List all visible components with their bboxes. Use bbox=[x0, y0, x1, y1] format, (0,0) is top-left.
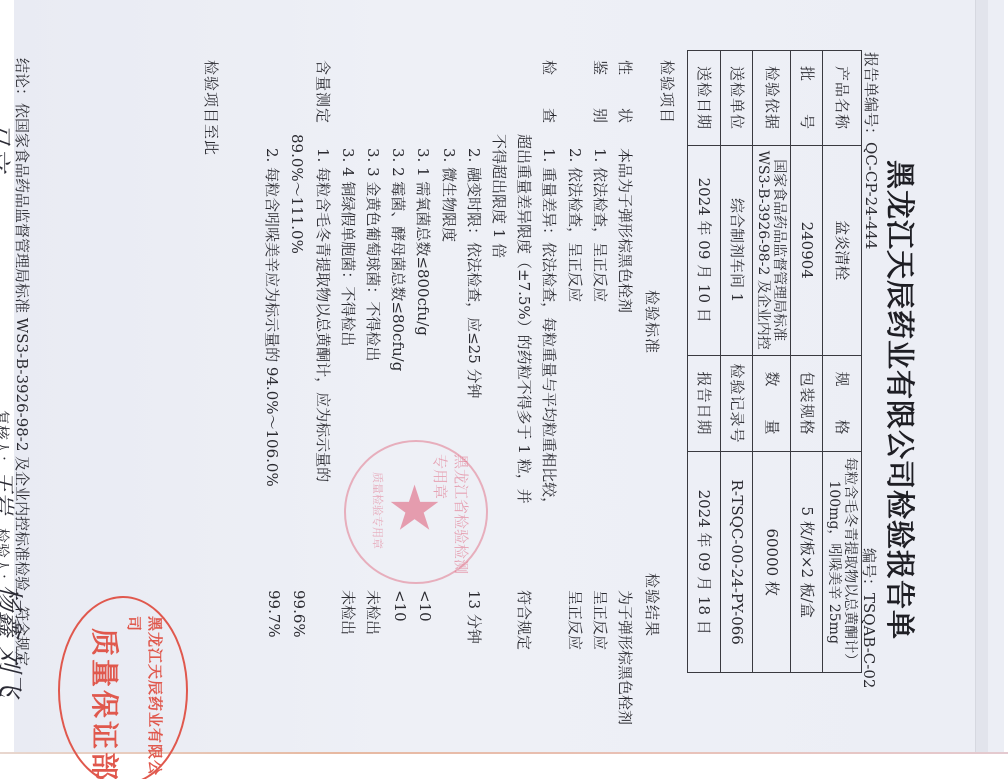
item-standard: 89.0%～111.0% bbox=[287, 134, 308, 254]
header-inspection-result: 检验结果 bbox=[642, 573, 663, 637]
item-result: 为子弹形棕黑色栓剂 bbox=[615, 590, 636, 725]
inspection-seal-ring-text: 黑龙江省检验检测专用章 bbox=[430, 454, 472, 582]
label-quantity: 数 量 bbox=[753, 355, 791, 452]
label-report-date: 报告日期 bbox=[688, 355, 721, 452]
label-record-number: 检验记录号 bbox=[721, 355, 753, 452]
qa-seal-company: 黑龙江天辰药业有限公司 bbox=[124, 616, 166, 779]
conclusion-label: 结论： bbox=[13, 58, 31, 103]
item-result: 99.6% bbox=[290, 590, 308, 638]
item-standard: 1. 每粒含毛冬青提取物以总黄酮计，应为标示量的 bbox=[313, 148, 334, 482]
qa-seal-department: 质量保证部 bbox=[86, 628, 126, 779]
report-number: 报告单编号：QC-CP-24-444 bbox=[861, 52, 882, 249]
item-result: <10 bbox=[391, 590, 409, 622]
value-quantity: 60000 枚 bbox=[753, 452, 791, 673]
header-inspection-standard: 检验标准 bbox=[642, 290, 663, 354]
label-batch-number: 批 号 bbox=[791, 51, 823, 146]
item-standard: 1. 重量差异：依法检查，每粒重量与平均粒重相比较， bbox=[539, 148, 560, 512]
inspection-seal-inner-text: 质量检验专用章 bbox=[370, 472, 386, 549]
form-number: 编号：TSQAB-C-02 bbox=[859, 548, 880, 688]
value-inspection-basis: 国家食品药品监督管理局标准 WS3-B-3926-98-2 及企业内控 bbox=[753, 145, 791, 355]
approver-signature: 马立 bbox=[0, 120, 18, 172]
value-package-spec: 5 枚/板×2 板/盒 bbox=[791, 452, 823, 673]
reviewer-label: 复核人： bbox=[0, 410, 13, 470]
item-standard: 2. 每粒含吲哚美辛应为标示量的 94.0%～106.0% bbox=[262, 148, 283, 487]
item-category: 检 查 bbox=[539, 60, 560, 124]
item-result: 未检出 bbox=[338, 590, 359, 635]
item-standard: 3. 微生物限度 bbox=[439, 148, 460, 242]
item-result: 99.7% bbox=[265, 590, 283, 638]
item-standard: 3. 2 霉菌、酵母菌总数≤80cfu/g bbox=[388, 148, 409, 371]
item-result: 13 分钟 bbox=[464, 590, 485, 644]
label-inspection-basis: 检验依据 bbox=[753, 51, 791, 146]
item-result: 符合规定 bbox=[514, 590, 535, 650]
item-standard: 3. 3 金黄色葡萄球菌：不得检出 bbox=[363, 148, 384, 361]
end-of-items-note: 检验项目至此 bbox=[201, 60, 222, 156]
item-standard: 超出重量差异限度（±7.5%）的药粒不得多于 1 粒，并 bbox=[514, 134, 535, 504]
form-number-value: TSQAB-C-02 bbox=[860, 593, 878, 688]
item-standard: 3. 4 铜绿假单胞菌：不得检出 bbox=[338, 148, 359, 346]
item-standard: 2. 融变时限：依法检查，应≤25 分钟 bbox=[464, 148, 485, 399]
item-standard: 2. 依法检查，呈正反应 bbox=[565, 148, 586, 302]
value-batch-number: 240904 bbox=[791, 145, 823, 355]
label-package-spec: 包装规格 bbox=[791, 355, 823, 452]
header-inspection-item: 检验项目 bbox=[657, 60, 678, 124]
item-category: 鉴 别 bbox=[590, 60, 611, 124]
value-submitting-unit: 综合制剂车间 1 bbox=[721, 145, 753, 355]
item-standard: 不得超出限度 1 倍 bbox=[489, 134, 510, 258]
report-number-label: 报告单编号： bbox=[862, 52, 880, 142]
table-row: 送检日期 2024 年 09 月 10 日 报告日期 2024 年 09 月 1… bbox=[688, 51, 721, 673]
value-submission-date: 2024 年 09 月 10 日 bbox=[688, 145, 721, 355]
report-number-value: QC-CP-24-444 bbox=[862, 142, 880, 249]
value-record-number: R-TSQC-00-24-PY-066 bbox=[721, 452, 753, 673]
label-submitting-unit: 送检单位 bbox=[721, 51, 753, 146]
table-row: 检验依据 国家食品药品监督管理局标准 WS3-B-3926-98-2 及企业内控… bbox=[753, 51, 791, 673]
label-product-name: 产品名称 bbox=[823, 51, 862, 146]
item-result: 呈正反应 bbox=[565, 590, 586, 650]
inspector-signature: 杨鑫 刘飞 bbox=[0, 585, 30, 697]
reviewer-signature: 王岩 bbox=[0, 470, 20, 514]
label-specification: 规 格 bbox=[823, 355, 862, 452]
scanned-document: 黑龙江天辰药业有限公司检验报告单 报告单编号：QC-CP-24-444 编号：T… bbox=[0, 0, 1008, 779]
item-category: 含量测定 bbox=[313, 60, 334, 124]
item-standard: 1. 依法检查，呈正反应 bbox=[590, 148, 611, 302]
item-standard: 本品为子弹形棕黑色栓剂 bbox=[615, 148, 636, 313]
table-row: 批 号 240904 包装规格 5 枚/板×2 板/盒 bbox=[791, 51, 823, 673]
qa-department-seal: 黑龙江天辰药业有限公司 质量保证部 bbox=[58, 596, 188, 779]
report-title: 黑龙江天辰药业有限公司检验报告单 bbox=[881, 160, 922, 640]
value-product-name: 盆炎清栓 bbox=[823, 145, 862, 355]
item-category: 性 状 bbox=[615, 60, 636, 124]
inspection-report-page: 黑龙江天辰药业有限公司检验报告单 报告单编号：QC-CP-24-444 编号：T… bbox=[0, 0, 1008, 760]
table-row: 送检单位 综合制剂车间 1 检验记录号 R-TSQC-00-24-PY-066 bbox=[721, 51, 753, 673]
inspection-seal: ★ 黑龙江省检验检测专用章 质量检验专用章 bbox=[344, 440, 488, 584]
inspector-label: 检验人： bbox=[0, 528, 13, 588]
table-row: 产品名称 盆炎清栓 规 格 每粒含毛冬青提取物以总黄酮计）100mg，吲哚美辛 … bbox=[823, 51, 862, 673]
value-specification: 每粒含毛冬青提取物以总黄酮计）100mg，吲哚美辛 25mg bbox=[823, 452, 862, 673]
value-report-date: 2024 年 09 月 18 日 bbox=[688, 452, 721, 673]
form-number-label: 编号： bbox=[860, 548, 878, 593]
item-standard: 3. 1 需氧菌总数≤800cfu/g bbox=[413, 148, 434, 336]
conclusion-text: 依国家食品药品监督管理局标准 WS3-B-3926-98-2 及企业内控标准检验… bbox=[13, 103, 31, 666]
product-info-table: 产品名称 盆炎清栓 规 格 每粒含毛冬青提取物以总黄酮计）100mg，吲哚美辛 … bbox=[687, 50, 862, 673]
item-result: <10 bbox=[416, 590, 434, 622]
item-result: 未检出 bbox=[363, 590, 384, 635]
item-result: 呈正反应 bbox=[590, 590, 611, 650]
label-submission-date: 送检日期 bbox=[688, 51, 721, 146]
